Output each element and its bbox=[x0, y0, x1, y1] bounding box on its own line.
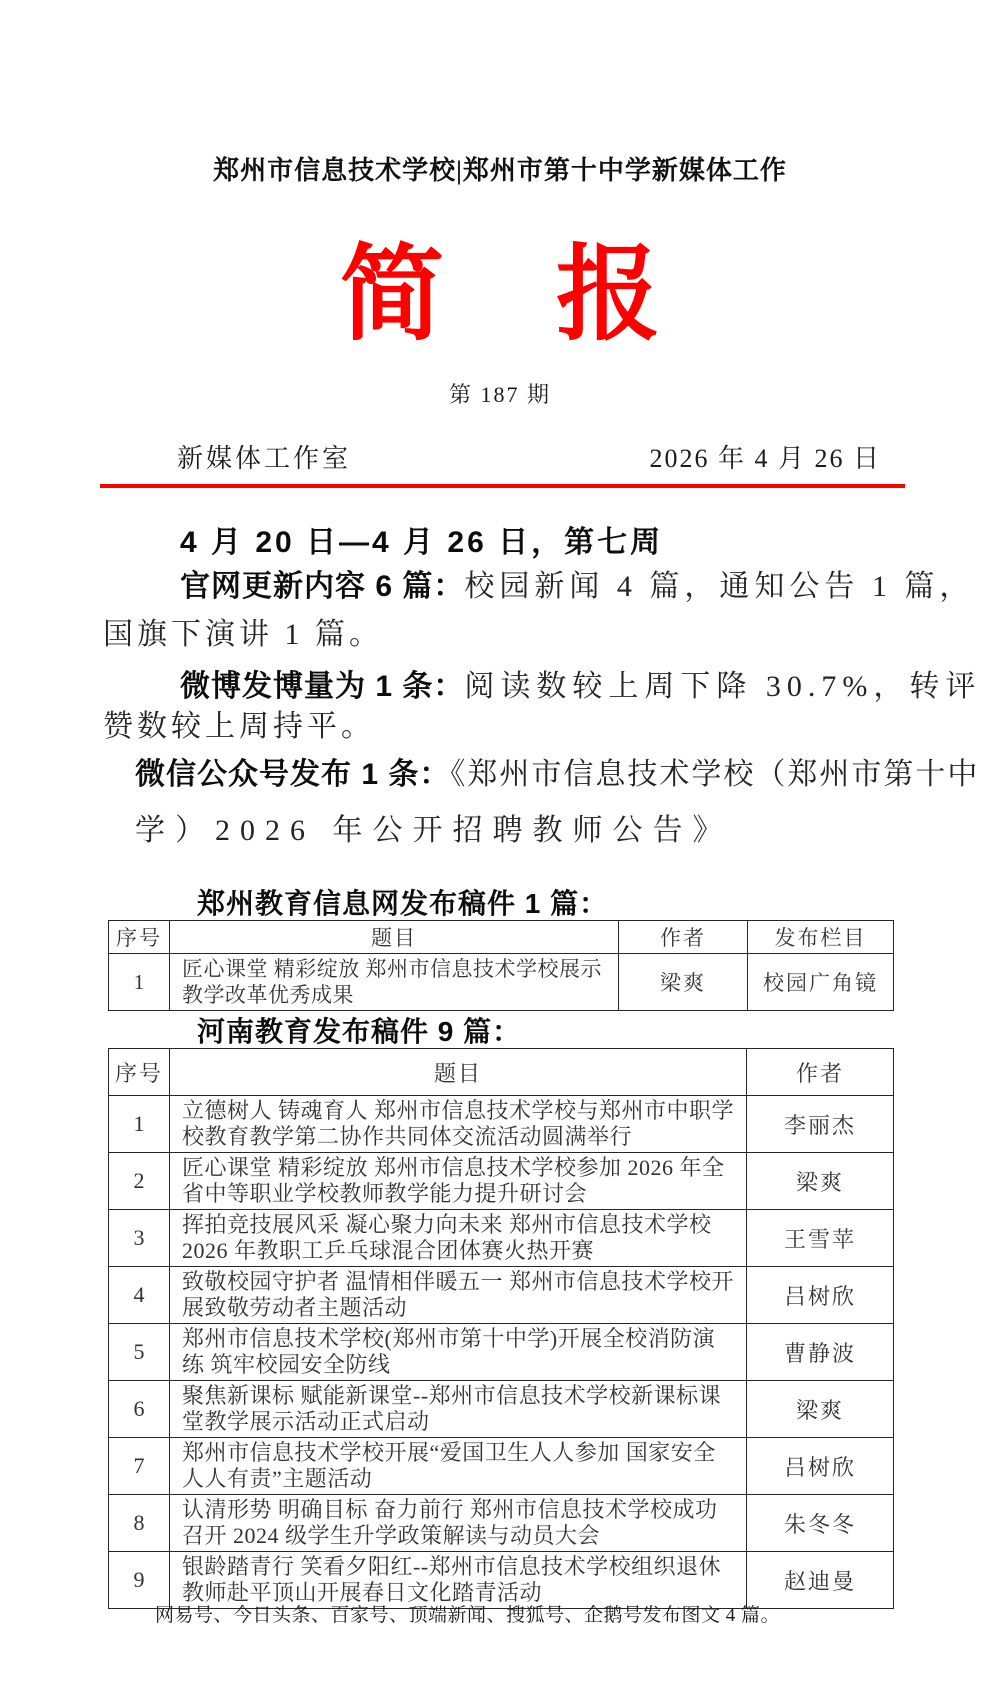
website-updates-detail: 校园新闻 4 篇，通知公告 1 篇， bbox=[464, 570, 974, 603]
henan-articles-table: 序号 题目 作者 1 立德树人 铸魂育人 郑州市信息技术学校与郑州市中职学校教育… bbox=[108, 1048, 894, 1609]
week-range-text: 4 月 20 日—4 月 26 日，第七周 bbox=[180, 526, 663, 559]
table2-row: 6 聚焦新课标 赋能新课堂--郑州市信息技术学校新课标课堂教学展示活动正式启动 … bbox=[109, 1381, 894, 1438]
table1-header-row: 序号 题目 作者 发布栏目 bbox=[109, 921, 894, 954]
section-heading-henan: 河南教育发布稿件 9 篇： bbox=[197, 1010, 521, 1050]
table1-cell-column: 校园广角镜 bbox=[748, 954, 894, 1011]
table2-row: 8 认清形势 明确目标 奋力前行 郑州市信息技术学校成功召开 2024 级学生升… bbox=[109, 1495, 894, 1552]
section-heading-zhengzhou: 郑州教育信息网发布稿件 1 篇： bbox=[197, 882, 608, 922]
body-line-website-cont: 国旗下演讲 1 篇。 bbox=[103, 618, 897, 652]
table1-header-title: 题目 bbox=[170, 921, 619, 954]
table2-row: 4 致敬校园守护者 温情相伴暖五一 郑州市信息技术学校开展致敬劳动者主题活动 吕… bbox=[109, 1267, 894, 1324]
weibo-posts-detail: 阅读数较上周下降 30.7%，转评 bbox=[464, 670, 981, 703]
body-line-wechat: 微信公众号发布 1 条：《郑州市信息技术学校（郑州市第十中 bbox=[103, 758, 929, 792]
organization-title: 郑州市信息技术学校|郑州市第十中学新媒体工作 bbox=[0, 150, 1000, 187]
bulletin-page: 郑州市信息技术学校|郑州市第十中学新媒体工作 简报 第 187 期 新媒体工作室… bbox=[0, 0, 1000, 1701]
red-divider-rule bbox=[100, 484, 905, 488]
weibo-posts-label: 微博发博量为 1 条： bbox=[180, 670, 464, 703]
wechat-posts-detail: 《郑州市信息技术学校（郑州市第十中 bbox=[450, 758, 979, 791]
table2-header-author: 作者 bbox=[747, 1049, 894, 1096]
masthead-row: 新媒体工作室 2026 年 4 月 26 日 bbox=[103, 440, 897, 472]
body-line-website: 官网更新内容 6 篇：校园新闻 4 篇，通知公告 1 篇， bbox=[103, 570, 974, 604]
table1-cell-author: 梁爽 bbox=[619, 954, 748, 1011]
bulletin-main-title: 简报 bbox=[0, 244, 1000, 348]
website-updates-label: 官网更新内容 6 篇： bbox=[180, 570, 464, 603]
office-name: 新媒体工作室 bbox=[103, 438, 351, 475]
table1-cell-no: 1 bbox=[109, 954, 170, 1011]
table1-row: 1 匠心课堂 精彩绽放 郑州市信息技术学校展示教学改革优秀成果 梁爽 校园广角镜 bbox=[109, 954, 894, 1011]
table2-row: 1 立德树人 铸魂育人 郑州市信息技术学校与郑州市中职学校教育教学第二协作共同体… bbox=[109, 1096, 894, 1153]
issue-date: 2026 年 4 月 26 日 bbox=[649, 438, 897, 475]
zhengzhou-articles-table: 序号 题目 作者 发布栏目 1 匠心课堂 精彩绽放 郑州市信息技术学校展示教学改… bbox=[108, 920, 894, 1011]
body-line-week: 4 月 20 日—4 月 26 日，第七周 bbox=[103, 526, 974, 560]
table2-row: 3 挥拍竞技展风采 凝心聚力向未来 郑州市信息技术学校 2026 年教职工乒乓球… bbox=[109, 1210, 894, 1267]
table2-row: 5 郑州市信息技术学校(郑州市第十中学)开展全校消防演练 筑牢校园安全防线 曹静… bbox=[109, 1324, 894, 1381]
wechat-posts-label: 微信公众号发布 1 条： bbox=[135, 758, 450, 791]
table2-header-title: 题目 bbox=[170, 1049, 747, 1096]
title-char-bao: 报 bbox=[556, 238, 660, 353]
table1-cell-title: 匠心课堂 精彩绽放 郑州市信息技术学校展示教学改革优秀成果 bbox=[170, 954, 619, 1011]
table2-row: 7 郑州市信息技术学校开展“爱国卫生人人参加 国家安全人人有责”主题活动 吕树欣 bbox=[109, 1438, 894, 1495]
table2-header-no: 序号 bbox=[109, 1049, 170, 1096]
body-line-weibo: 微博发博量为 1 条：阅读数较上周下降 30.7%，转评 bbox=[103, 670, 974, 704]
title-char-jian: 简 bbox=[340, 238, 444, 353]
table1-header-column: 发布栏目 bbox=[748, 921, 894, 954]
table2-header-row: 序号 题目 作者 bbox=[109, 1049, 894, 1096]
table2-row: 2 匠心课堂 精彩绽放 郑州市信息技术学校参加 2026 年全省中等职业学校教师… bbox=[109, 1153, 894, 1210]
table1-header-no: 序号 bbox=[109, 921, 170, 954]
table1-header-author: 作者 bbox=[619, 921, 748, 954]
body-line-wechat-cont: 学）2026 年公开招聘教师公告》 bbox=[103, 814, 929, 848]
issue-number: 第 187 期 bbox=[0, 378, 1000, 409]
other-platforms-note: 网易号、今日头条、百家号、顶端新闻、搜狐号、企鹅号发布图文 4 篇。 bbox=[155, 1600, 780, 1627]
body-line-weibo-cont: 赞数较上周持平。 bbox=[103, 710, 897, 744]
